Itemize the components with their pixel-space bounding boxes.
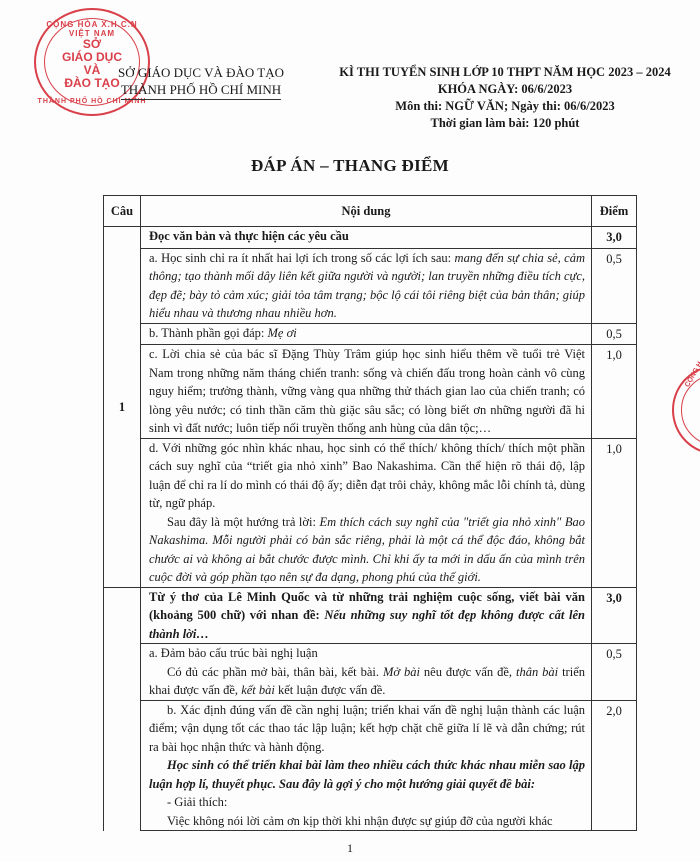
side-seal-text: CỘNG H bbox=[684, 361, 700, 389]
score-1b: 0,5 bbox=[592, 323, 637, 345]
side-seal-fragment: CỘNG H bbox=[672, 365, 700, 455]
text-italic: thân bài bbox=[516, 665, 558, 679]
answer-2b: b. Xác định đúng vấn đề cần nghị luận; t… bbox=[141, 700, 592, 831]
answer-detail: Có đủ các phần mở bài, thân bài, kết bài… bbox=[149, 663, 585, 700]
table-row: b. Thành phần gọi đáp: Mẹ ơi 0,5 bbox=[104, 323, 637, 345]
org-line1: SỞ GIÁO DỤC VÀ ĐÀO TẠO bbox=[118, 64, 284, 81]
answer-text: d. Với những góc nhìn khác nhau, học sin… bbox=[149, 441, 585, 511]
seal-ring-top: CỘNG HÒA X.H.C.N VIỆT NAM bbox=[36, 20, 148, 38]
exam-subject: Môn thi: NGỮ VĂN; Ngày thi: 06/6/2023 bbox=[330, 98, 680, 115]
table-row: a. Đảm bảo cấu trúc bài nghị luận Có đủ … bbox=[104, 644, 637, 701]
answer-2a: a. Đảm bảo cấu trúc bài nghị luận Có đủ … bbox=[141, 644, 592, 701]
answer-text: a. Đảm bảo cấu trúc bài nghị luận bbox=[149, 646, 318, 660]
section-heading: Đọc văn bản và thực hiện các yêu cầu bbox=[141, 227, 592, 249]
table-row: 1 Đọc văn bản và thực hiện các yêu cầu 3… bbox=[104, 227, 637, 249]
section-score-2: 3,0 bbox=[592, 587, 637, 644]
answer-1c: c. Lời chia sẻ của bác sĩ Đặng Thùy Trâm… bbox=[141, 345, 592, 439]
score-2a: 0,5 bbox=[592, 644, 637, 701]
answer-text: b. Xác định đúng vấn đề cần nghị luận; t… bbox=[149, 701, 585, 757]
table-row: c. Lời chia sẻ của bác sĩ Đặng Thùy Trâm… bbox=[104, 345, 637, 439]
question-number: 1 bbox=[104, 227, 141, 588]
org-line2: THÀNH PHỐ HỒ CHÍ MINH bbox=[121, 81, 281, 100]
section-score: 3,0 bbox=[592, 227, 637, 249]
answer-key-table: Câu Nội dung Điểm 1 Đọc văn bản và thực … bbox=[103, 195, 637, 831]
exam-duration: Thời gian làm bài: 120 phút bbox=[330, 115, 680, 132]
table-header-row: Câu Nội dung Điểm bbox=[104, 196, 637, 227]
explain-label: - Giải thích: bbox=[149, 793, 585, 812]
page-number: 1 bbox=[0, 841, 700, 856]
text-italic: Mở bài bbox=[383, 665, 420, 679]
answer-1d: d. Với những góc nhìn khác nhau, học sin… bbox=[141, 438, 592, 587]
score-2b: 2,0 bbox=[592, 700, 637, 831]
score-1a: 0,5 bbox=[592, 248, 637, 323]
table-row: b. Xác định đúng vấn đề cần nghị luận; t… bbox=[104, 700, 637, 831]
sample-answer: Sau đây là một hướng trả lời: Em thích c… bbox=[149, 513, 585, 587]
text: kết luận được vấn đề. bbox=[275, 683, 386, 697]
table-row: d. Với những góc nhìn khác nhau, học sin… bbox=[104, 438, 637, 587]
answer-italic: Mẹ ơi bbox=[268, 326, 297, 340]
table-row: a. Học sinh chỉ ra ít nhất hai lợi ích t… bbox=[104, 248, 637, 323]
sample-lead: Sau đây là một hướng trả lời: bbox=[167, 515, 320, 529]
header-cau: Câu bbox=[104, 196, 141, 227]
explain-text: Việc không nói lời cảm ơn kịp thời khi n… bbox=[149, 812, 585, 831]
answer-text: a. Học sinh chỉ ra ít nhất hai lợi ích t… bbox=[149, 251, 455, 265]
text: Có đủ các phần mở bài, thân bài, kết bài… bbox=[167, 665, 383, 679]
issuing-organization: SỞ GIÁO DỤC VÀ ĐÀO TẠO THÀNH PHỐ HỒ CHÍ … bbox=[118, 64, 284, 100]
question-number-2 bbox=[104, 587, 141, 831]
exam-title: KÌ THI TUYỂN SINH LỚP 10 THPT NĂM HỌC 20… bbox=[330, 64, 680, 81]
answer-text: b. Thành phần gọi đáp: bbox=[149, 326, 268, 340]
text-italic: kết bài bbox=[241, 683, 275, 697]
table-row: Từ ý thơ của Lê Minh Quốc và từ những tr… bbox=[104, 587, 637, 644]
exam-info: KÌ THI TUYỂN SINH LỚP 10 THPT NĂM HỌC 20… bbox=[330, 64, 680, 132]
guide-text: Học sinh có thể triển khai bài làm theo … bbox=[149, 756, 585, 793]
exam-session: KHÓA NGÀY: 06/6/2023 bbox=[330, 81, 680, 98]
answer-1b: b. Thành phần gọi đáp: Mẹ ơi bbox=[141, 323, 592, 345]
document-title: ĐÁP ÁN – THANG ĐIỂM bbox=[0, 156, 700, 176]
answer-1a: a. Học sinh chỉ ra ít nhất hai lợi ích t… bbox=[141, 248, 592, 323]
score-1d: 1,0 bbox=[592, 438, 637, 587]
section-heading-2: Từ ý thơ của Lê Minh Quốc và từ những tr… bbox=[141, 587, 592, 644]
text: nêu được vấn đề, bbox=[420, 665, 516, 679]
header-diem: Điểm bbox=[592, 196, 637, 227]
header-noi-dung: Nội dung bbox=[141, 196, 592, 227]
score-1c: 1,0 bbox=[592, 345, 637, 439]
